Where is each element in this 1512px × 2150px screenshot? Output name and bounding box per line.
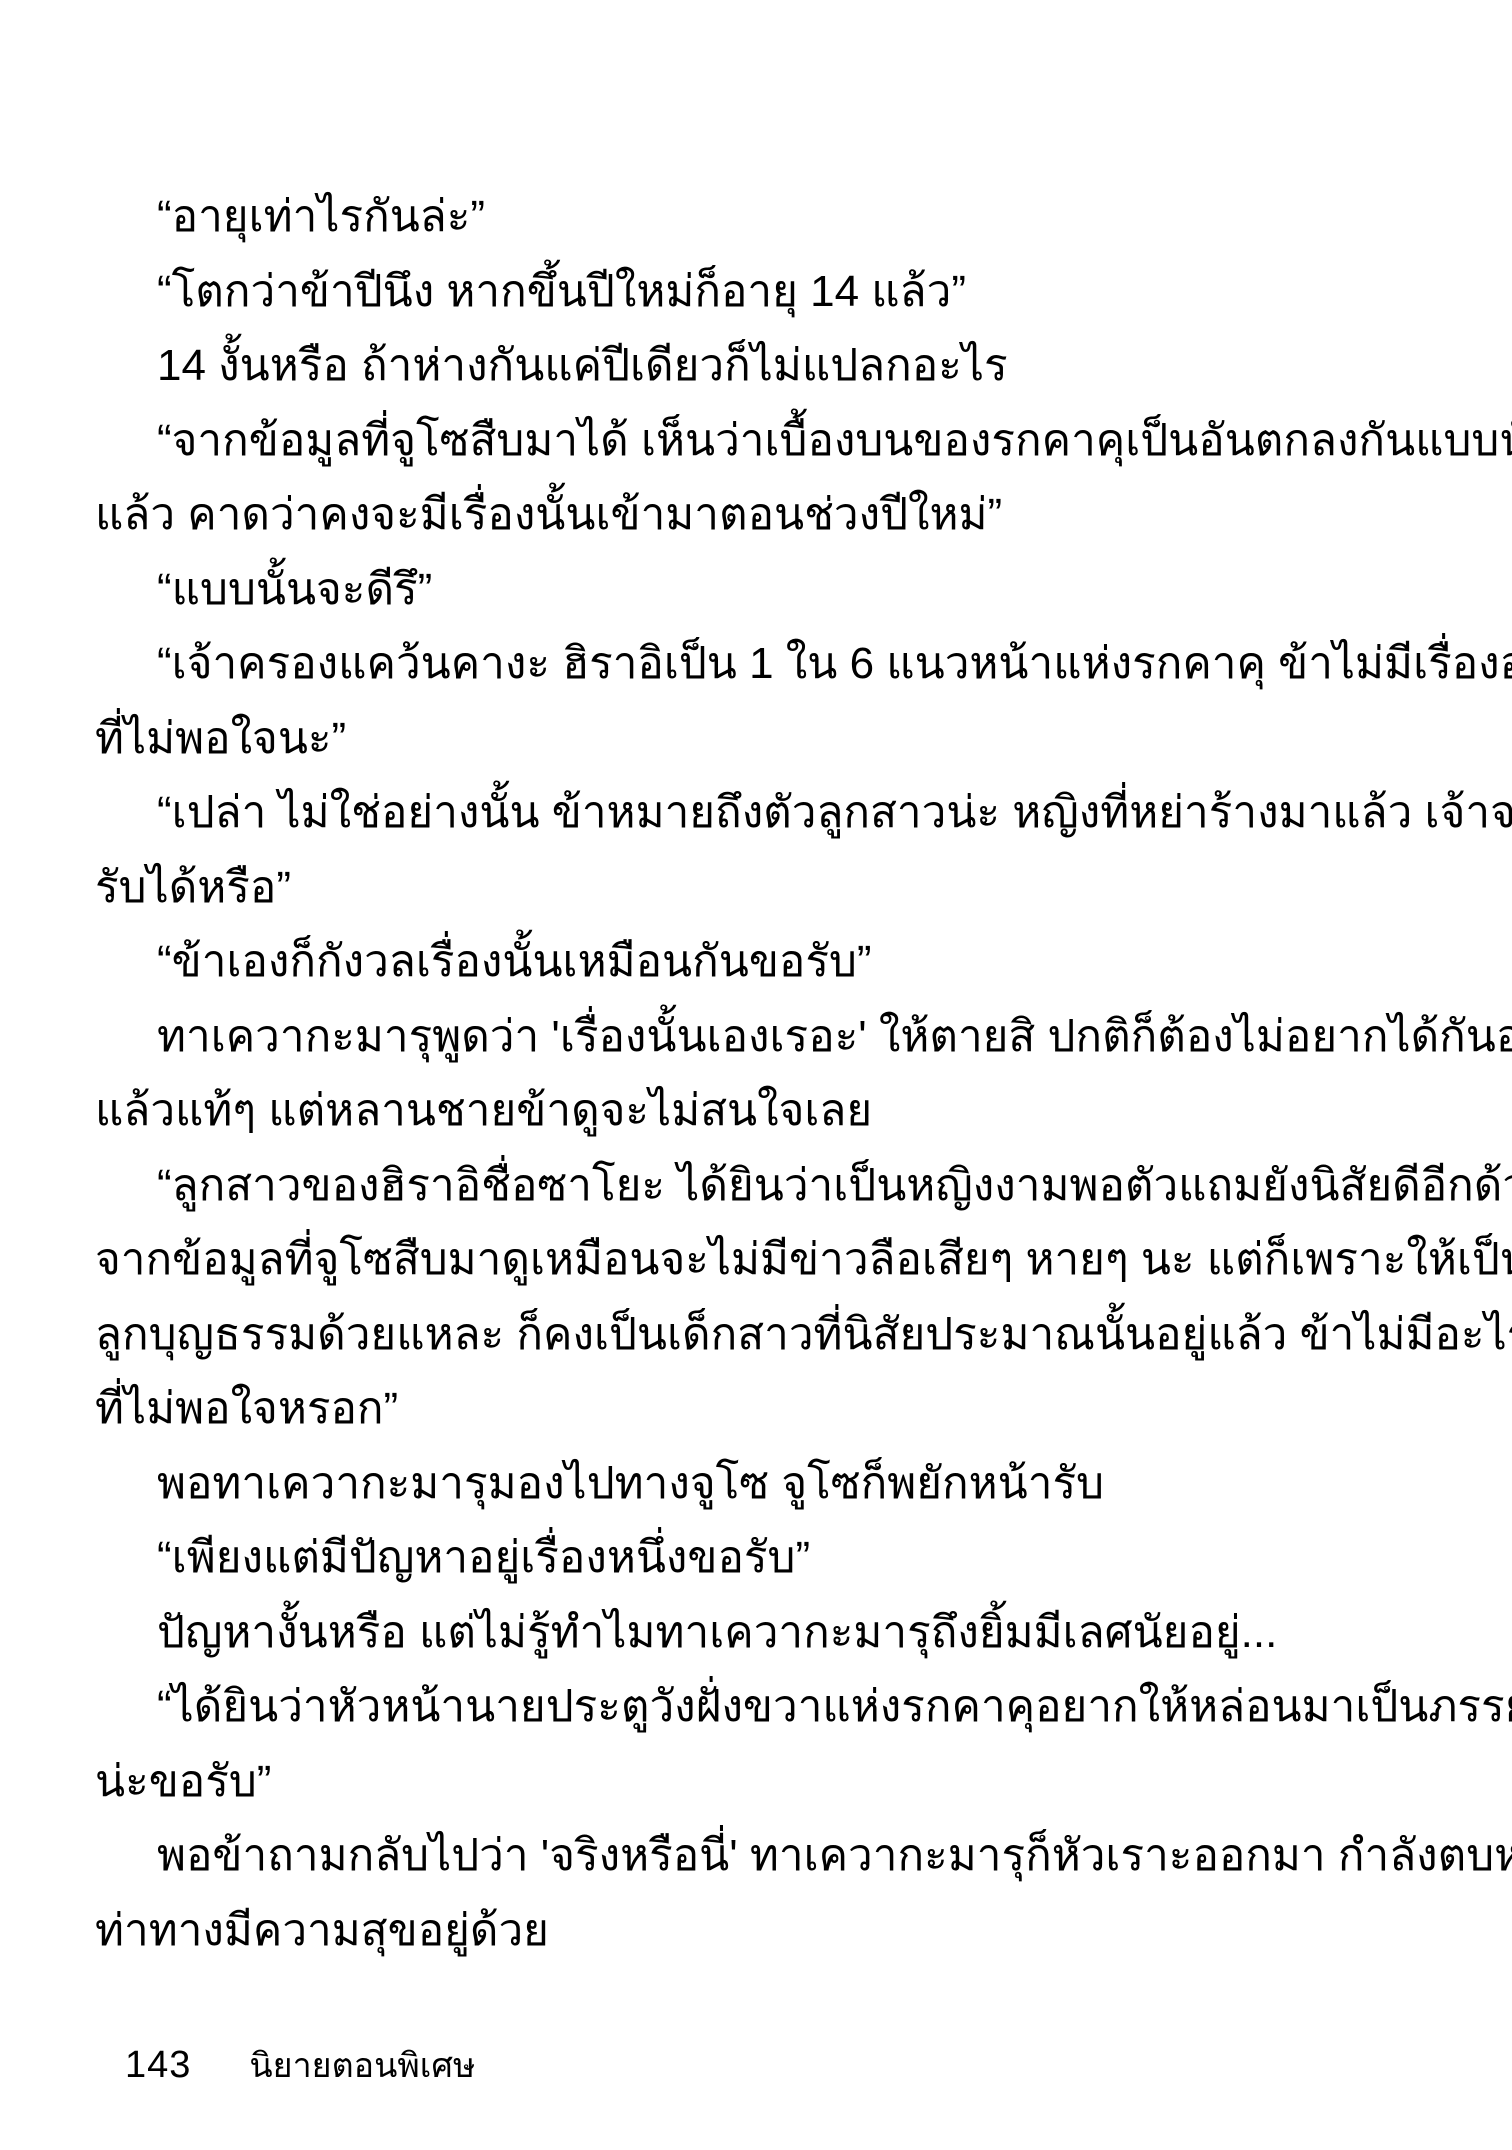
text-line: “ลูกสาวของฮิราอิชื่อซาโยะ ได้ยินว่าเป็นห… xyxy=(95,1149,1445,1224)
text-line: “อายุเท่าไรกันล่ะ” xyxy=(95,180,1445,255)
text-line: ที่ไม่พอใจหรอก” xyxy=(95,1372,1445,1447)
text-line: พอข้าถามกลับไปว่า 'จริงหรือนี่' ทาเควากะ… xyxy=(95,1819,1445,1894)
text-line: ลูกบุญธรรมด้วยแหละ ก็คงเป็นเด็กสาวที่นิส… xyxy=(95,1298,1445,1373)
text-line: น่ะขอรับ” xyxy=(95,1745,1445,1820)
page-number: 143 xyxy=(125,2044,191,2087)
text-line: “เจ้าครองแคว้นคางะ ฮิราอิเป็น 1 ใน 6 แนว… xyxy=(95,627,1445,702)
text-line: “เพียงแต่มีปัญหาอยู่เรื่องหนึ่งขอรับ” xyxy=(95,1521,1445,1596)
section-title: นิยายตอนพิเศษ xyxy=(249,2038,475,2092)
text-line: แล้ว คาดว่าคงจะมีเรื่องนั้นเข้ามาตอนช่วง… xyxy=(95,478,1445,553)
text-line: “โตกว่าข้าปีนึง หากขึ้นปีใหม่ก็อายุ 14 แ… xyxy=(95,255,1445,330)
text-line: “จากข้อมูลที่จูโซสืบมาได้ เห็นว่าเบื้องบ… xyxy=(95,404,1445,479)
book-page: “อายุเท่าไรกันล่ะ”“โตกว่าข้าปีนึง หากขึ้… xyxy=(0,0,1512,2150)
text-line: ปัญหางั้นหรือ แต่ไม่รู้ทำไมทาเควากะมารุถ… xyxy=(95,1596,1445,1671)
text-line: ท่าทางมีความสุขอยู่ด้วย xyxy=(95,1894,1445,1969)
text-line: 14 งั้นหรือ ถ้าห่างกันแค่ปีเดียวก็ไม่แปล… xyxy=(95,329,1445,404)
text-line: “แบบนั้นจะดีรึ” xyxy=(95,553,1445,628)
text-line: พอทาเควากะมารุมองไปทางจูโซ จูโซก็พยักหน้… xyxy=(95,1447,1445,1522)
text-line: “เปล่า ไม่ใช่อย่างนั้น ข้าหมายถึงตัวลูกส… xyxy=(95,776,1445,851)
page-footer: 143 นิยายตอนพิเศษ xyxy=(125,2038,475,2092)
text-line: “ได้ยินว่าหัวหน้านายประตูวังฝั่งขวาแห่งร… xyxy=(95,1670,1445,1745)
text-line: ทาเควากะมารุพูดว่า 'เรื่องนั้นเองเรอะ' ใ… xyxy=(95,1000,1445,1075)
text-line: จากข้อมูลที่จูโซสืบมาดูเหมือนจะไม่มีข่าว… xyxy=(95,1223,1445,1298)
text-line: แล้วแท้ๆ แต่หลานชายข้าดูจะไม่สนใจเลย xyxy=(95,1074,1445,1149)
text-line: “ข้าเองก็กังวลเรื่องนั้นเหมือนกันขอรับ” xyxy=(95,925,1445,1000)
text-line: ที่ไม่พอใจนะ” xyxy=(95,702,1445,777)
text-block: “อายุเท่าไรกันล่ะ”“โตกว่าข้าปีนึง หากขึ้… xyxy=(95,180,1445,1968)
text-line: รับได้หรือ” xyxy=(95,851,1445,926)
